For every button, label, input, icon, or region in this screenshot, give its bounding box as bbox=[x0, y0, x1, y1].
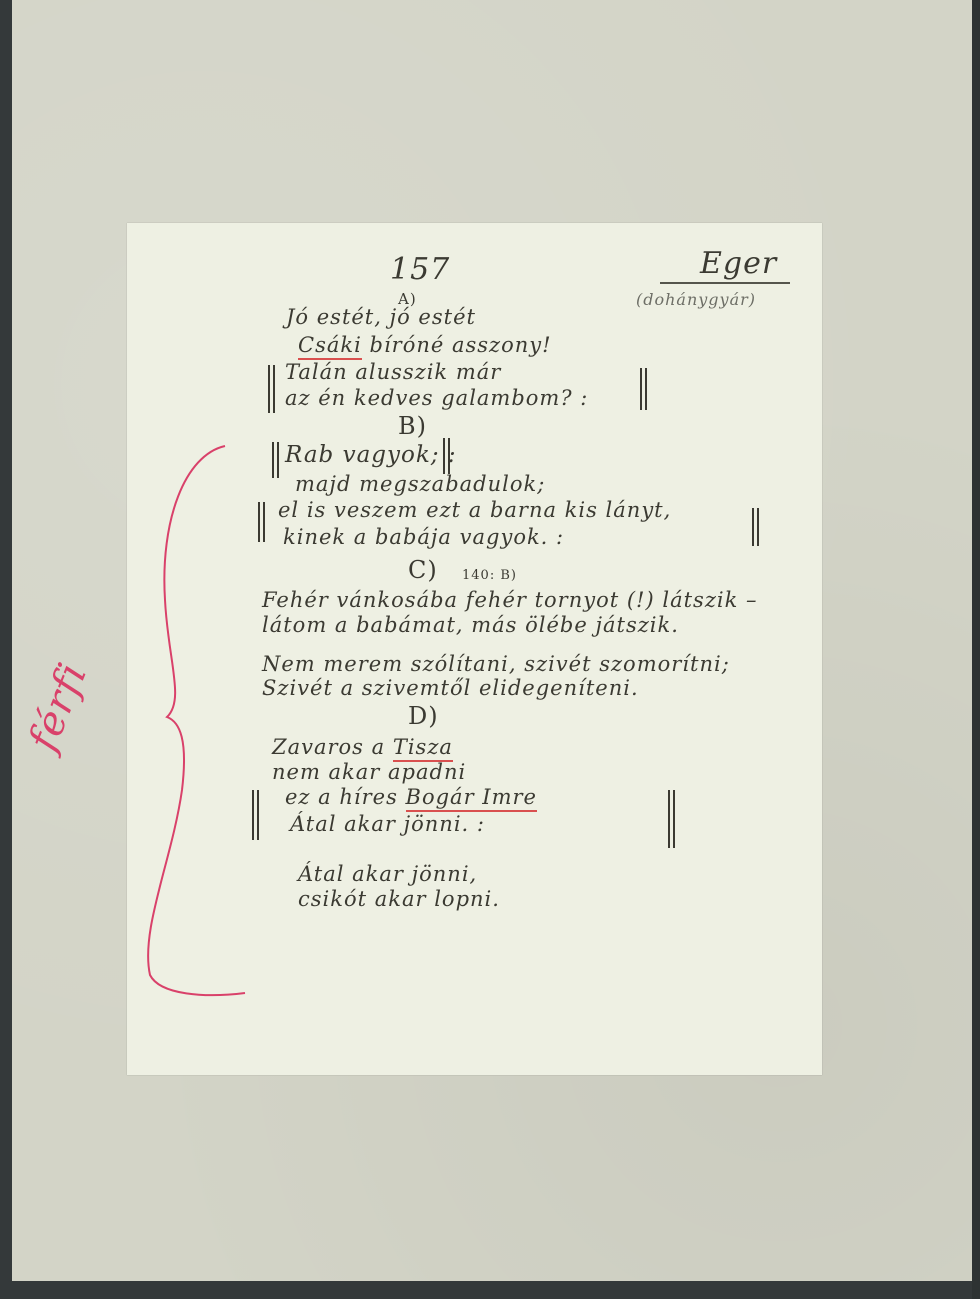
red-brace-icon bbox=[0, 0, 980, 1299]
